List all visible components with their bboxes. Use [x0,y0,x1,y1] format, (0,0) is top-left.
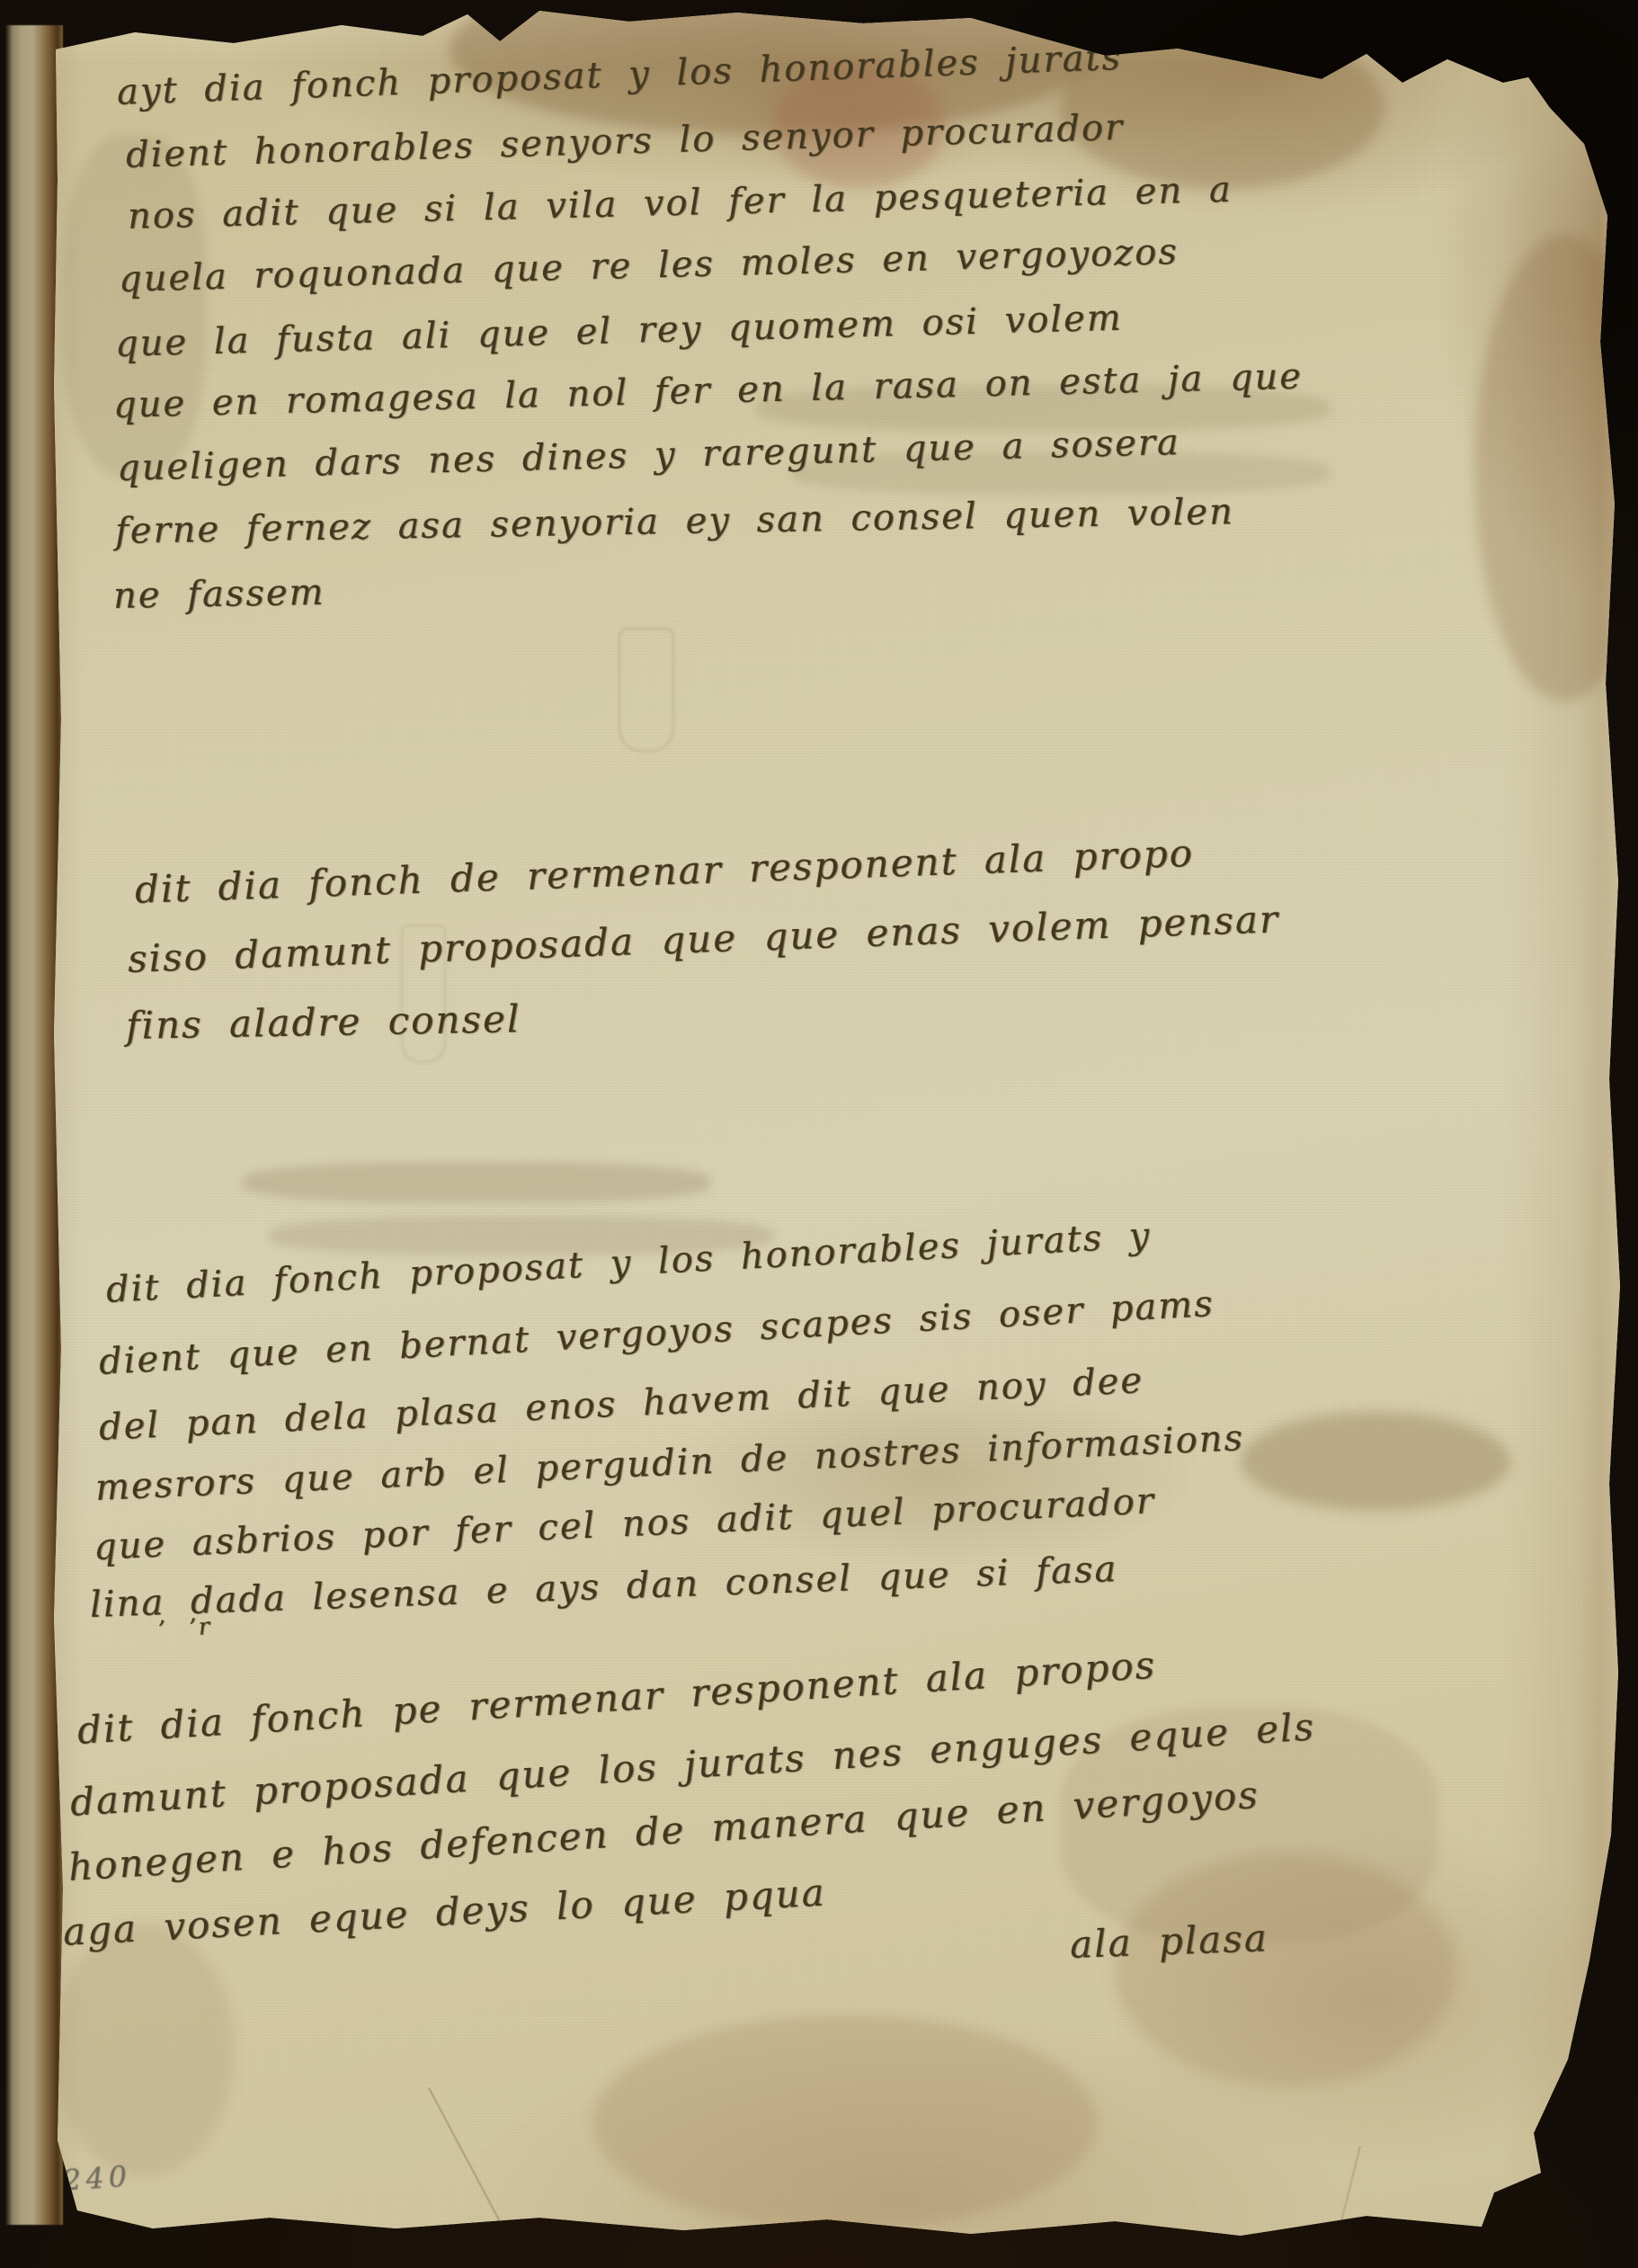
binding-gutter [5,25,63,2225]
show-through-smudge [243,1162,710,1203]
folio-number-top: 257 [1250,22,1317,65]
manuscript-page: 257 240 ayt dia fonch proposat y los hon… [0,0,1638,2268]
stain [1241,1412,1510,1511]
folio-number-bottom: 240 [62,2159,133,2198]
stain [54,1924,234,2176]
manuscript-scan: 257 240 ayt dia fonch proposat y los hon… [0,0,1638,2268]
watermark [619,628,674,752]
stain [1115,1853,1456,2086]
stain [593,2014,1097,2230]
marginal-mark: ’ ’r [157,1613,212,1644]
manuscript-line: ne fassem [113,572,325,617]
manuscript-line: fins aladre consel [126,996,521,1048]
manuscript-line: ala plasa [1069,1915,1269,1967]
